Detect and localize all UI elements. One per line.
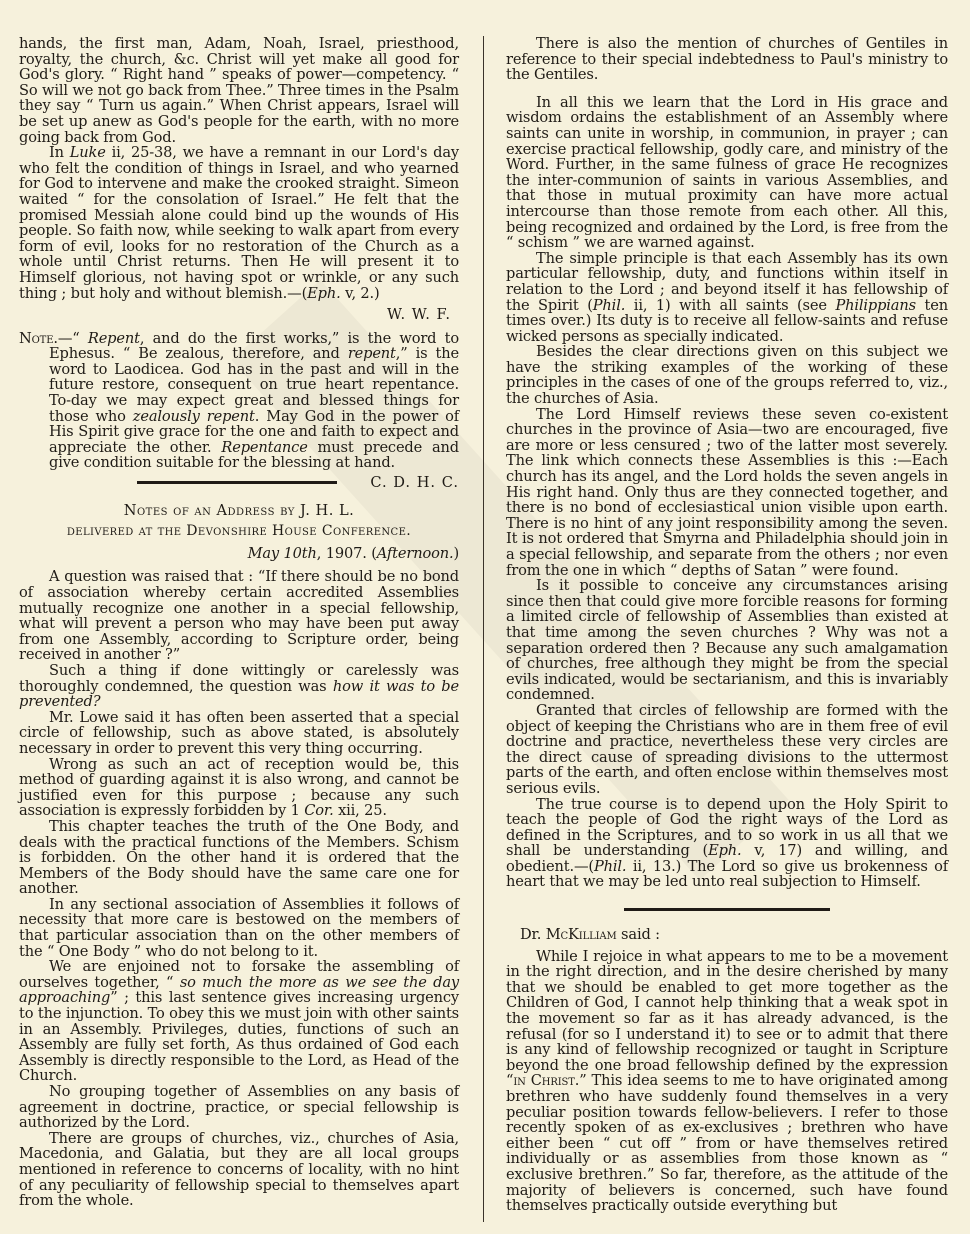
- paragraph: The Lord Himself reviews these seven co-…: [506, 407, 948, 579]
- paragraph: Is it possible to conceive any circumsta…: [506, 578, 948, 703]
- column-divider: [483, 36, 484, 1222]
- signature: C. D. H. C.: [370, 475, 459, 491]
- text-italic: May 10th: [248, 545, 317, 562]
- section-rule: [137, 481, 337, 484]
- text: ii, 1) with all saints (see: [625, 297, 835, 314]
- note-label: Note.: [19, 330, 58, 347]
- section-heading: Notes of an Address by J. H. L.: [19, 503, 459, 519]
- right-column: There is also the mention of churches of…: [506, 36, 948, 1214]
- paragraph: A question was raised that : “If there s…: [19, 569, 459, 663]
- paragraph: The simple principle is that each Assemb…: [506, 251, 948, 345]
- text: xii, 25.: [334, 802, 387, 819]
- text-italic: Afternoon.: [377, 545, 454, 562]
- text: In: [49, 144, 70, 161]
- paragraph: While I rejoice in what appears to me to…: [506, 949, 948, 1214]
- paragraph: We are enjoined not to forsake the assem…: [19, 959, 459, 1084]
- text-italic: Eph.: [708, 842, 741, 859]
- paragraph: hands, the first man, Adam, Noah, Israel…: [19, 36, 459, 145]
- text-italic: Repentance: [221, 439, 307, 456]
- note-paragraph: Note.—“ Repent, and do the first works,”…: [19, 331, 459, 471]
- text-italic: Luke: [70, 144, 106, 161]
- text: ): [453, 545, 459, 562]
- text: Wrong as such an act of reception would …: [19, 756, 459, 820]
- text-italic: Philippians: [835, 297, 916, 314]
- signature-row: C. D. H. C.: [19, 475, 459, 491]
- paragraph: The true course is to depend upon the Ho…: [506, 797, 948, 891]
- section-subheading: delivered at the Devonshire House Confer…: [19, 524, 459, 540]
- speaker-name: McKilliam: [546, 926, 617, 943]
- left-column: hands, the first man, Adam, Noah, Israel…: [19, 36, 459, 1209]
- text-italic: Phil.: [594, 858, 626, 875]
- address-date: May 10th, 1907. (Afternoon.): [19, 546, 459, 562]
- text: —“: [58, 330, 88, 347]
- paragraph: There is also the mention of churches of…: [506, 36, 948, 83]
- paragraph: In all this we learn that the Lord in Hi…: [506, 95, 948, 251]
- speaker-heading: Dr. McKilliam said :: [520, 927, 948, 943]
- text-italic: zealously repent: [133, 408, 255, 425]
- section-rule: [624, 908, 830, 911]
- paragraph: No grouping together of Assemblies on an…: [19, 1084, 459, 1131]
- text-smallcaps: in Christ: [513, 1072, 574, 1089]
- text: ii, 25-38, we have a remnant in our Lord…: [19, 144, 459, 301]
- text: , 1907. (: [317, 545, 377, 562]
- paragraph: Besides the clear directions given on th…: [506, 344, 948, 406]
- text: Dr.: [520, 926, 546, 943]
- text-italic: Cor.: [304, 802, 333, 819]
- text: v, 2.): [341, 285, 380, 302]
- text-italic: Phil.: [593, 297, 625, 314]
- text: .” This idea seems to me to have origina…: [506, 1072, 948, 1214]
- text-italic: Repent: [88, 330, 140, 347]
- document-page: hands, the first man, Adam, Noah, Israel…: [0, 0, 970, 1234]
- paragraph: In Luke ii, 25-38, we have a remnant in …: [19, 145, 459, 301]
- paragraph: In any sectional association of Assembli…: [19, 897, 459, 959]
- text-italic: Eph.: [307, 285, 340, 302]
- paragraph: This chapter teaches the truth of the On…: [19, 819, 459, 897]
- paragraph: Such a thing if done wittingly or carele…: [19, 663, 459, 710]
- signature: W. W. F.: [19, 307, 451, 323]
- text-italic: repent: [348, 345, 396, 362]
- paragraph: Mr. Lowe said it has often been asserted…: [19, 710, 459, 757]
- paragraph: There are groups of churches, viz., chur…: [19, 1131, 459, 1209]
- text: While I rejoice in what appears to me to…: [506, 948, 948, 1090]
- paragraph: Wrong as such an act of reception would …: [19, 757, 459, 819]
- text: said :: [617, 926, 660, 943]
- paragraph: Granted that circles of fellowship are f…: [506, 703, 948, 797]
